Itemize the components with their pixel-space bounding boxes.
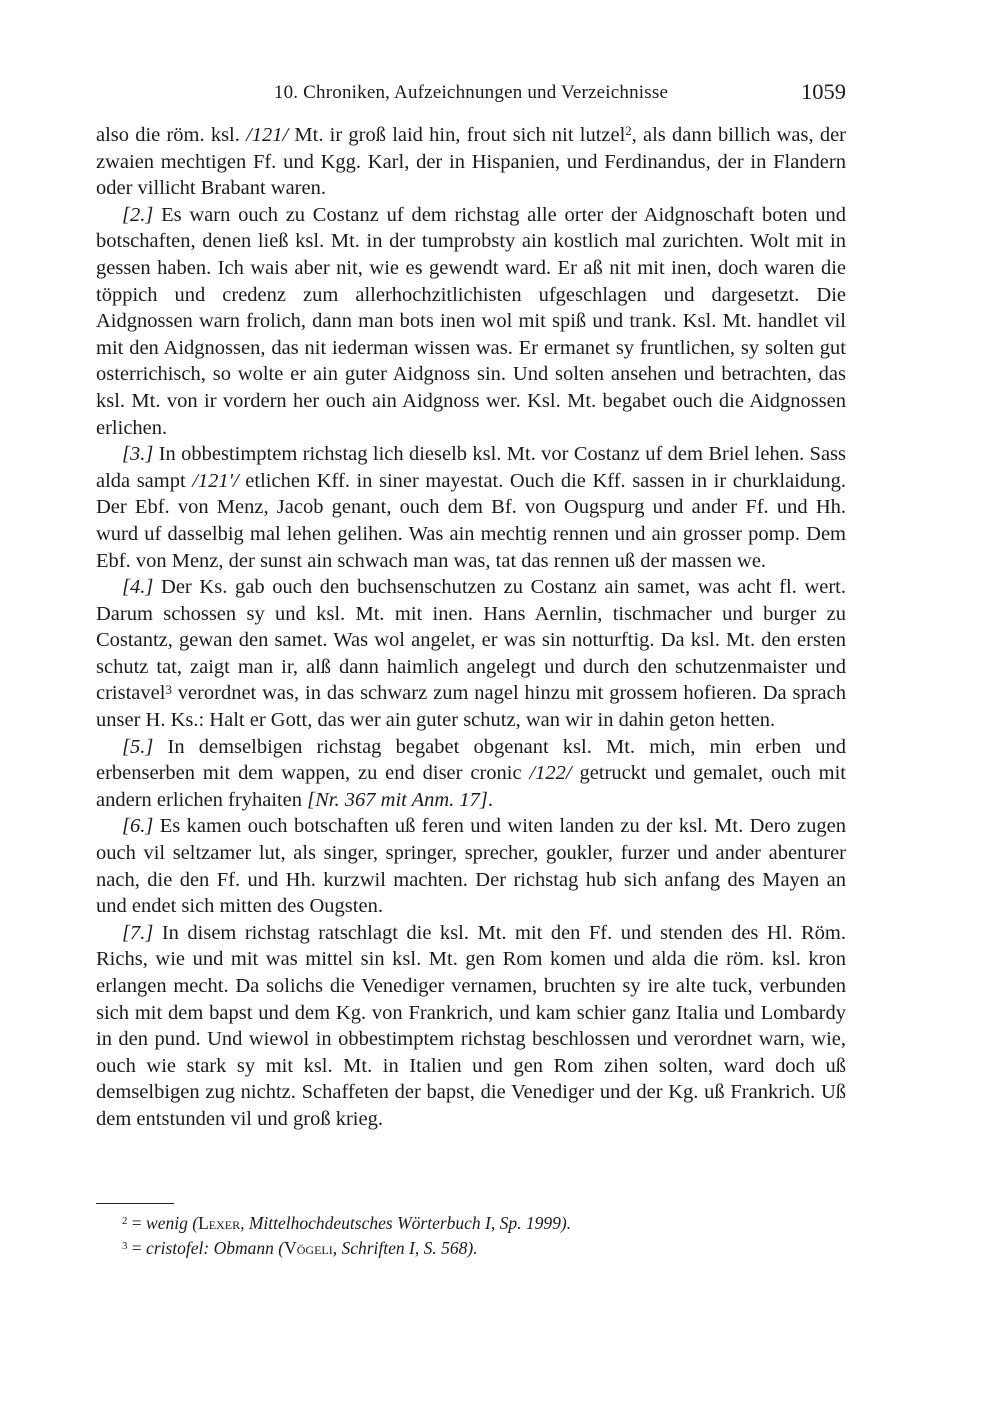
text-run: Lexer xyxy=(198,1213,240,1233)
paragraph: [7.] In disem richstag ratschlagt die ks… xyxy=(96,920,846,1133)
footnote-separator xyxy=(96,1203,174,1204)
text-run: [3.] xyxy=(122,443,153,465)
footnote-list: 2 = wenig (Lexer, Mittelhochdeutsches Wö… xyxy=(96,1211,846,1261)
text-run: Mt. ir groß laid hin, frout sich nit lut… xyxy=(288,124,625,146)
text-run: Es kamen ouch botschaften uß feren und w… xyxy=(96,815,846,917)
book-page: 10. Chroniken, Aufzeichnungen und Verzei… xyxy=(0,0,1004,1418)
text-run: [2.] xyxy=(122,204,153,226)
paragraph: [6.] Es kamen ouch botschaften uß feren … xyxy=(96,813,846,919)
text-run: . xyxy=(488,789,493,811)
text-run: , Schriften I, S. 568). xyxy=(333,1238,478,1258)
text-run: [4.] xyxy=(122,576,153,598)
text-run: cristofel: Obmann ( xyxy=(146,1238,284,1258)
body-text: also die röm. ksl. /121/ Mt. ir groß lai… xyxy=(96,122,846,1133)
running-header-title: 10. Chroniken, Aufzeichnungen und Verzei… xyxy=(96,82,846,104)
text-run: verordnet was, in das schwarz zum nagel … xyxy=(96,682,846,731)
paragraph: also die röm. ksl. /121/ Mt. ir groß lai… xyxy=(96,122,846,202)
text-run: Es warn ouch zu Costanz uf dem richstag … xyxy=(96,204,846,439)
text-run: [Nr. 367 mit Anm. 17] xyxy=(307,789,488,811)
text-run: [6.] xyxy=(122,815,153,837)
paragraph: [4.] Der Ks. gab ouch den buchsenschutze… xyxy=(96,574,846,734)
text-column: 10. Chroniken, Aufzeichnungen und Verzei… xyxy=(96,82,846,1133)
text-run: = xyxy=(127,1238,146,1258)
page-number: 1059 xyxy=(801,79,846,105)
paragraph: [5.] In demselbigen richstag begabet obg… xyxy=(96,734,846,814)
running-head: 10. Chroniken, Aufzeichnungen und Verzei… xyxy=(96,82,846,112)
paragraph: [2.] Es warn ouch zu Costanz uf dem rich… xyxy=(96,202,846,441)
text-run: /121/ xyxy=(246,124,288,146)
footnote-number: 3 xyxy=(122,1240,127,1252)
footnote: 2 = wenig (Lexer, Mittelhochdeutsches Wö… xyxy=(96,1211,846,1236)
paragraph: [3.] In obbestimptem richstag lich diese… xyxy=(96,441,846,574)
footnotes-section: 2 = wenig (Lexer, Mittelhochdeutsches Wö… xyxy=(96,1203,846,1261)
text-run: , Mittelhochdeutsches Wörterbuch I, Sp. … xyxy=(240,1213,571,1233)
text-run: = xyxy=(127,1213,146,1233)
text-run: wenig ( xyxy=(146,1213,198,1233)
footnote-ref-superscript: 3 xyxy=(165,683,171,697)
footnote: 3 = cristofel: Obmann (Vögeli, Schriften… xyxy=(96,1236,846,1261)
text-run: [7.] xyxy=(122,922,153,944)
text-run: [5.] xyxy=(122,736,153,758)
footnote-number: 2 xyxy=(122,1215,127,1227)
text-run: In disem richstag ratschlagt die ksl. Mt… xyxy=(96,922,846,1130)
text-run: /121'/ xyxy=(192,470,239,492)
text-run: also die röm. ksl. xyxy=(96,124,246,146)
text-run: Vögeli xyxy=(284,1238,333,1258)
footnote-ref-superscript: 2 xyxy=(625,124,631,138)
text-run: /122/ xyxy=(529,762,571,784)
